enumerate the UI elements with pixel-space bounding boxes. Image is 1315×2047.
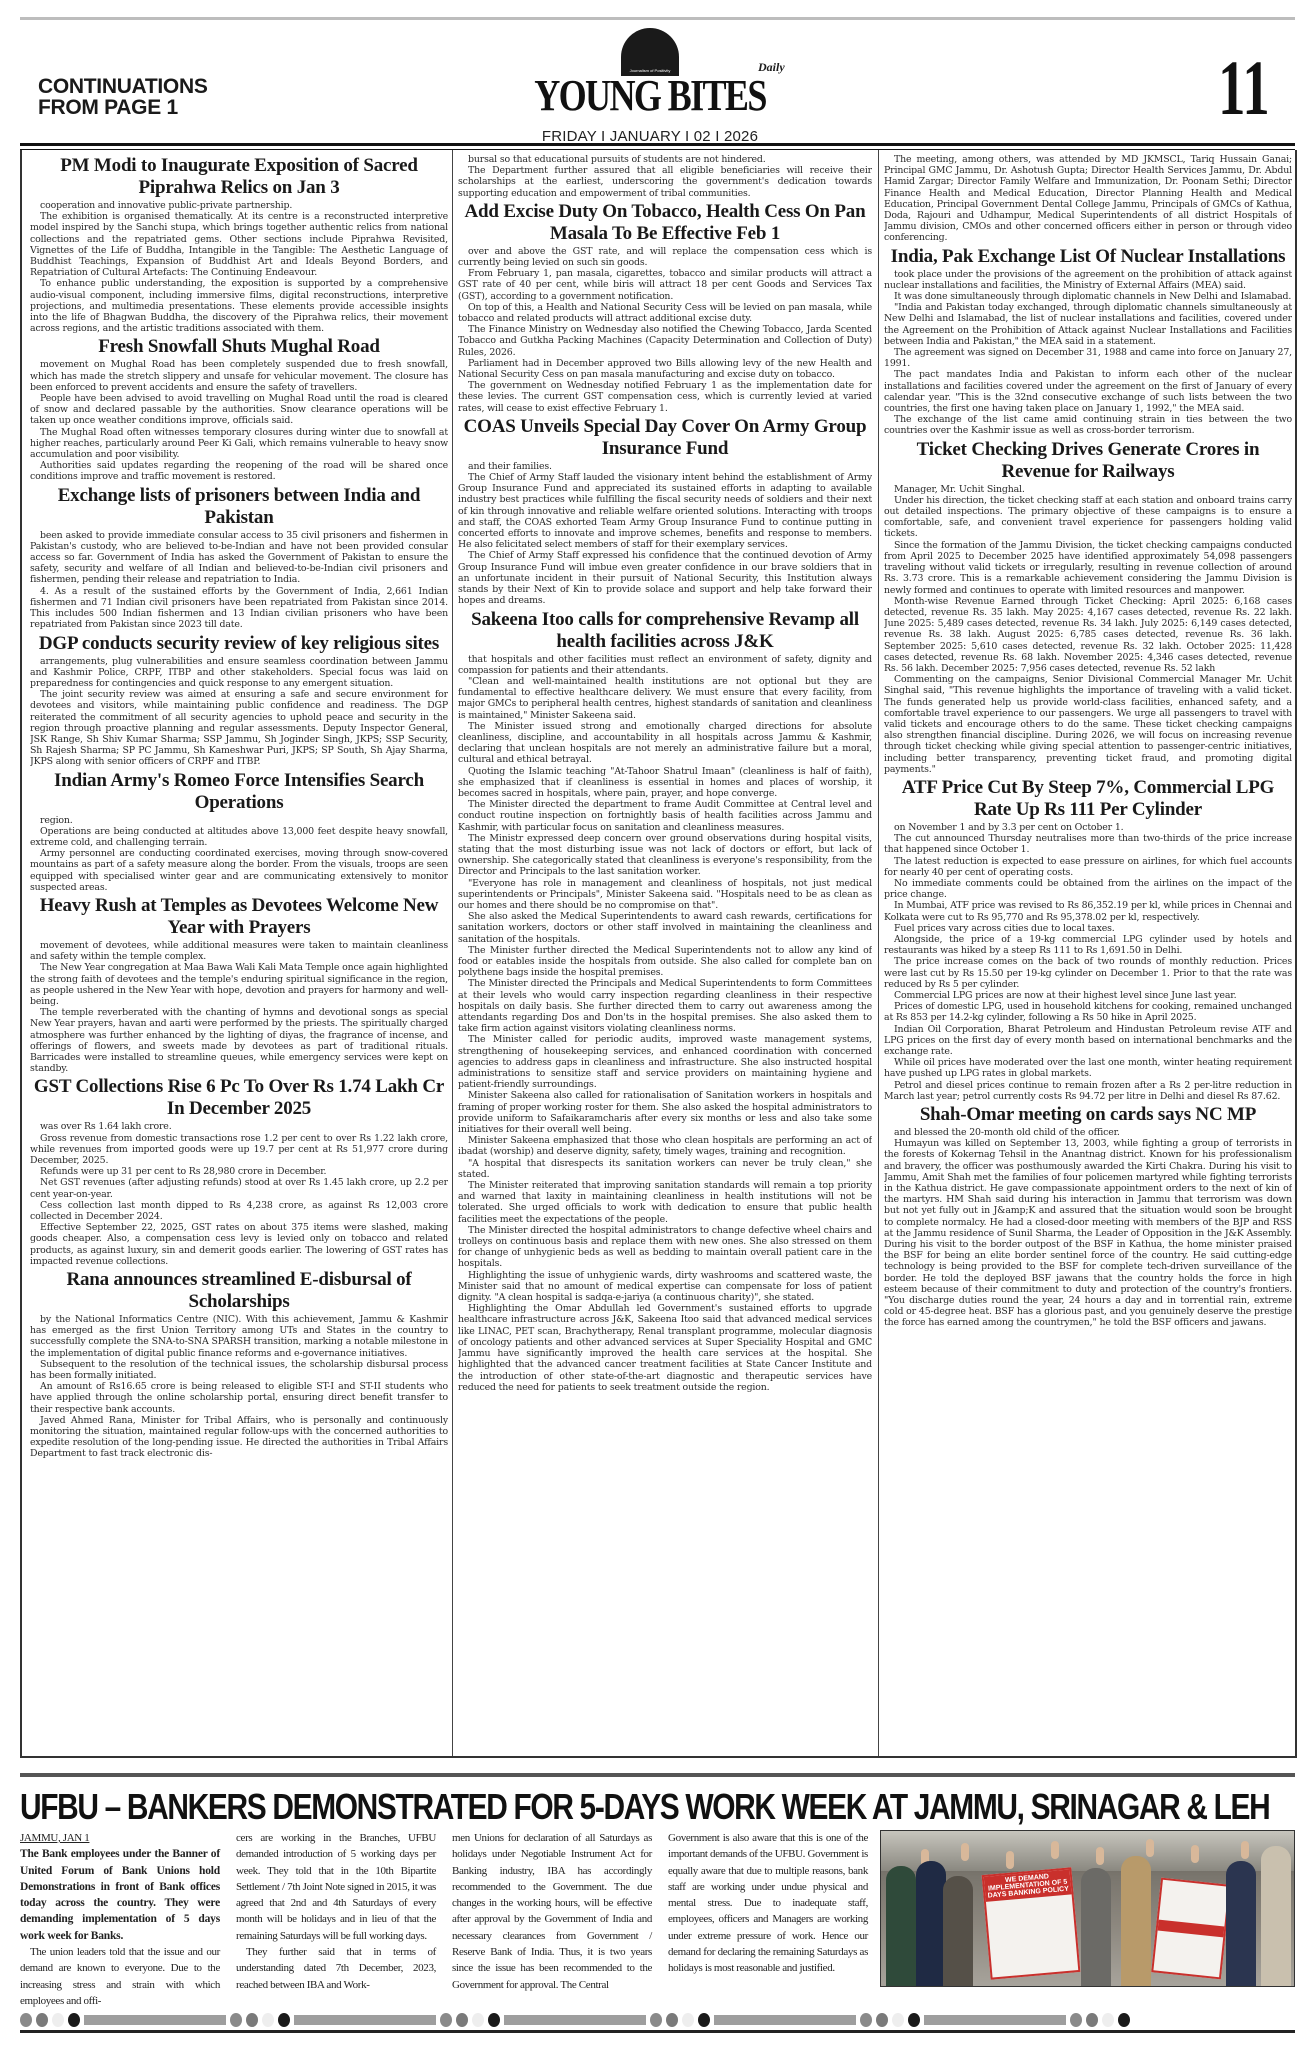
paragraph: She also asked the Medical Superintenden… <box>458 911 872 945</box>
deco-dot <box>262 2013 274 2027</box>
person <box>886 1866 916 1986</box>
deco-dot <box>52 2013 64 2027</box>
deco-bar <box>714 2015 856 2025</box>
headline: Add Excise Duty On Tobacco, Health Cess … <box>458 201 872 245</box>
section-label-line2: FROM PAGE 1 <box>38 97 208 118</box>
headline: ATF Price Cut By Steep 7%, Commercial LP… <box>884 777 1292 821</box>
paragraph: The Department further assured that all … <box>458 165 872 199</box>
story-excise-duty: Add Excise Duty On Tobacco, Health Cess … <box>458 201 872 414</box>
continuations-box: PM Modi to Inaugurate Exposition of Sacr… <box>20 150 1297 1758</box>
banner-headline: UFBU – BANKERS DEMONSTRATED FOR 5-DAYS W… <box>20 1789 1082 1825</box>
story-prisoners: Exchange lists of prisoners between Indi… <box>30 485 448 631</box>
deco-bar <box>84 2015 226 2025</box>
column-1: PM Modi to Inaugurate Exposition of Sacr… <box>30 154 448 1752</box>
paragraph: Refunds were up 31 per cent to Rs 28,980… <box>30 1166 448 1177</box>
column-divider <box>878 150 879 1756</box>
paragraph: Humayun was killed on September 13, 2003… <box>884 1138 1292 1328</box>
deco-bar <box>294 2015 436 2025</box>
paragraph: The Minister directed the department to … <box>458 799 872 833</box>
paragraph: The temple reverberated with the chantin… <box>30 1007 448 1074</box>
headline: Rana announces streamlined E-disbursal o… <box>30 1269 448 1313</box>
footer-decoration <box>20 2012 1295 2028</box>
paragraph: Prices of domestic LPG, used in househol… <box>884 1001 1292 1023</box>
protest-banner: WE DEMAND IMPLEMENTATION OF 5 DAYS BANKI… <box>982 1867 1081 1979</box>
section-rule <box>20 1773 1295 1777</box>
deco-dot <box>230 2013 242 2027</box>
paragraph: It was done simultaneously through diplo… <box>884 291 1292 302</box>
paragraph: Army personnel are conducting coordinate… <box>30 848 448 893</box>
paragraph: Subsequent to the resolution of the tech… <box>30 1359 448 1381</box>
story-coas: COAS Unveils Special Day Cover On Army G… <box>458 416 872 607</box>
ufbu-column-4: Government is also aware that this is on… <box>668 1830 868 1977</box>
paragraph: by the National Informatics Centre (NIC)… <box>30 1314 448 1359</box>
raised-hand <box>961 1843 969 1861</box>
paragraph: movement of devotees, while additional m… <box>30 940 448 962</box>
person <box>943 1876 973 1986</box>
paragraph: The Minister called for periodic audits,… <box>458 1034 872 1090</box>
person <box>1121 1856 1151 1986</box>
paragraph: Manager, Mr. Uchit Singhal. <box>884 484 1292 495</box>
protest-banner <box>1151 1878 1231 1980</box>
paragraph: Javed Ahmed Rana, Minister for Tribal Af… <box>30 1415 448 1460</box>
paragraph: The Minister issued strong and emotional… <box>458 721 872 766</box>
story-dateline: JAMMU, JAN 1 <box>20 1832 89 1844</box>
deco-dot <box>876 2013 888 2027</box>
paragraph: cooperation and innovative public-privat… <box>30 200 448 211</box>
paragraph: The Finance Ministry on Wednesday also n… <box>458 324 872 358</box>
paragraph: men Unions for declaration of all Saturd… <box>452 1830 652 1993</box>
paragraph: and their families. <box>458 461 872 472</box>
paragraph: In Mumbai, ATF price was revised to Rs 8… <box>884 900 1292 922</box>
paragraph: Indian Oil Corporation, Bharat Petroleum… <box>884 1024 1292 1058</box>
paragraph: over and above the GST rate, and will re… <box>458 246 872 268</box>
story-health-meeting-continued: The meeting, among others, was attended … <box>884 154 1292 244</box>
person <box>1081 1868 1111 1986</box>
paragraph: been asked to provide immediate consular… <box>30 530 448 586</box>
paragraph: The meeting, among others, was attended … <box>884 154 1292 244</box>
story-nuclear-installations: India, Pak Exchange List Of Nuclear Inst… <box>884 246 1292 437</box>
ufbu-story: JAMMU, JAN 1 The Bank employees under th… <box>20 1830 880 2005</box>
paragraph: "Clean and well-maintained health instit… <box>458 676 872 721</box>
masthead-double-rule <box>20 143 1295 150</box>
paragraph: arrangements, plug vulnerabilities and e… <box>30 656 448 690</box>
deco-dot <box>1086 2013 1098 2027</box>
protest-photo: WE DEMAND IMPLEMENTATION OF 5 DAYS BANKI… <box>880 1830 1295 1987</box>
masthead: CONTINUATIONS FROM PAGE 1 Journalism of … <box>0 28 1315 133</box>
paragraph: Petrol and diesel prices continue to rem… <box>884 1080 1292 1102</box>
deco-dot <box>246 2013 258 2027</box>
story-atf-price: ATF Price Cut By Steep 7%, Commercial LP… <box>884 777 1292 1102</box>
paragraph: They further said that in terms of under… <box>236 1944 436 1993</box>
paragraph: On top of this, a Health and National Se… <box>458 302 872 324</box>
paragraph: The cut announced Thursday neutralises m… <box>884 833 1292 855</box>
paragraph: From February 1, pan masala, cigarettes,… <box>458 268 872 302</box>
paragraph: Authorities said updates regarding the r… <box>30 460 448 482</box>
paragraph: took place under the provisions of the a… <box>884 269 1292 291</box>
person <box>916 1861 946 1986</box>
raised-hand <box>1096 1847 1104 1865</box>
paragraph: "Everyone has role in management and cle… <box>458 878 872 912</box>
deco-dot <box>860 2013 872 2027</box>
deco-dot <box>892 2013 904 2027</box>
paragraph: The Ministr expressed deep concern over … <box>458 833 872 878</box>
paragraph: 4. As a result of the sustained efforts … <box>30 586 448 631</box>
headline: Heavy Rush at Temples as Devotees Welcom… <box>30 895 448 939</box>
logo-emblem-icon: Journalism of Positivity <box>621 28 679 76</box>
paragraph: The union leaders told that the issue an… <box>20 1944 220 2009</box>
deco-dot <box>650 2013 662 2027</box>
headline: COAS Unveils Special Day Cover On Army G… <box>458 416 872 460</box>
story-shah-omar: Shah-Omar meeting on cards says NC MP an… <box>884 1104 1292 1329</box>
story-piprahwa: PM Modi to Inaugurate Exposition of Sacr… <box>30 155 448 334</box>
headline: Indian Army's Romeo Force Intensifies Se… <box>30 770 448 814</box>
paragraph: bursal so that educational pursuits of s… <box>458 154 872 165</box>
paragraph: The joint security review was aimed at e… <box>30 689 448 767</box>
paragraph: The Minister reiterated that improving s… <box>458 1180 872 1225</box>
deco-dot <box>698 2013 710 2027</box>
story-temples: Heavy Rush at Temples as Devotees Welcom… <box>30 895 448 1074</box>
raised-hand <box>1146 1839 1154 1857</box>
ufbu-column-2: cers are working in the Branches, UFBU d… <box>236 1830 436 1993</box>
paragraph: Commenting on the campaigns, Senior Divi… <box>884 674 1292 775</box>
headline: Exchange lists of prisoners between Indi… <box>30 485 448 529</box>
person <box>1261 1846 1291 1986</box>
paragraph: Minister Sakeena also called for rationa… <box>458 1090 872 1135</box>
newspaper-title: YOUNG BITES <box>527 76 773 116</box>
paragraph: Net GST revenues (after adjusting refund… <box>30 1177 448 1199</box>
story-romeo-force: Indian Army's Romeo Force Intensifies Se… <box>30 770 448 893</box>
paragraph: The pact mandates India and Pakistan to … <box>884 369 1292 414</box>
deco-dot <box>682 2013 694 2027</box>
paragraph: The New Year congregation at Maa Bawa Wa… <box>30 962 448 1007</box>
deco-dot <box>456 2013 468 2027</box>
paragraph: The Mughal Road often witnesses temporar… <box>30 427 448 461</box>
paragraph: The price increase comes on the back of … <box>884 956 1292 990</box>
raised-hand <box>1051 1841 1059 1859</box>
newspaper-logo: Journalism of Positivity Daily YOUNG BIT… <box>500 28 800 145</box>
ufbu-column-1: JAMMU, JAN 1 The Bank employees under th… <box>20 1830 220 2009</box>
headline: DGP conducts security review of key reli… <box>30 633 448 655</box>
banner-text: WE DEMAND IMPLEMENTATION OF 5 DAYS BANKI… <box>984 1869 1072 1901</box>
paragraph: The Minister further directed the Medica… <box>458 945 872 979</box>
deco-bar <box>924 2015 1066 2025</box>
paragraph: Cess collection last month dipped to Rs … <box>30 1200 448 1222</box>
paragraph: was over Rs 1.64 lakh crore. <box>30 1121 448 1132</box>
deco-dot <box>20 2013 32 2027</box>
paragraph: Minister Sakeena emphasized that those w… <box>458 1135 872 1157</box>
paragraph: While oil prices have moderated over the… <box>884 1057 1292 1079</box>
paragraph: movement on Mughal Road has been complet… <box>30 359 448 393</box>
paragraph: The exchange of the list came amid conti… <box>884 414 1292 436</box>
story-sakeena-itoo: Sakeena Itoo calls for comprehensive Rev… <box>458 609 872 1393</box>
paragraph: Highlighting the issue of unhygienic war… <box>458 1270 872 1304</box>
column-2: bursal so that educational pursuits of s… <box>458 154 872 1752</box>
paragraph: cers are working in the Branches, UFBU d… <box>236 1830 436 1944</box>
paragraph: The agreement was signed on December 31,… <box>884 347 1292 369</box>
paragraph: To enhance public understanding, the exp… <box>30 278 448 334</box>
paragraph: The Minister directed the hospital admin… <box>458 1225 872 1270</box>
paragraph: Quoting the Islamic teaching "At-Tahoor … <box>458 766 872 800</box>
paragraph: Gross revenue from domestic transactions… <box>30 1133 448 1167</box>
headline: Ticket Checking Drives Generate Crores i… <box>884 439 1292 483</box>
paragraph: The Chief of Army Staff lauded the visio… <box>458 472 872 550</box>
column-3: The meeting, among others, was attended … <box>884 154 1292 1752</box>
deco-dot <box>278 2013 290 2027</box>
paragraph: People have been advised to avoid travel… <box>30 393 448 427</box>
paragraph: Since the formation of the Jammu Divisio… <box>884 540 1292 596</box>
story-gst: GST Collections Rise 6 Pc To Over Rs 1.7… <box>30 1076 448 1267</box>
page-number: 11 <box>1218 53 1270 123</box>
paragraph: Operations are being conducted at altitu… <box>30 826 448 848</box>
paragraph: Fuel prices vary across cities due to lo… <box>884 923 1292 934</box>
paragraph: The government on Wednesday notified Feb… <box>458 380 872 414</box>
banner-stripe <box>1158 1920 1225 1938</box>
paragraph: Under his direction, the ticket checking… <box>884 495 1292 540</box>
headline: PM Modi to Inaugurate Exposition of Sacr… <box>30 155 448 199</box>
paragraph: The Chief of Army Staff expressed his co… <box>458 550 872 606</box>
footer-rule <box>20 2030 1295 2033</box>
section-label: CONTINUATIONS FROM PAGE 1 <box>38 76 208 118</box>
column-divider <box>452 150 453 1756</box>
paragraph: and blessed the 20-month old child of th… <box>884 1127 1292 1138</box>
paragraph: on November 1 and by 3.3 per cent on Oct… <box>884 822 1292 833</box>
story-ticket-checking: Ticket Checking Drives Generate Crores i… <box>884 439 1292 775</box>
headline: India, Pak Exchange List Of Nuclear Inst… <box>884 246 1292 268</box>
paragraph: region. <box>30 815 448 826</box>
deco-dot <box>908 2013 920 2027</box>
paragraph: The Minister directed the Principals and… <box>458 978 872 1034</box>
paragraph: The latest reduction is expected to ease… <box>884 856 1292 878</box>
story-scholarships: Rana announces streamlined E-disbursal o… <box>30 1269 448 1460</box>
deco-bar <box>504 2015 646 2025</box>
deco-dot <box>440 2013 452 2027</box>
story-scholarships-continued: bursal so that educational pursuits of s… <box>458 154 872 199</box>
paragraph: Government is also aware that this is on… <box>668 1830 868 1977</box>
raised-hand <box>1191 1845 1199 1863</box>
deco-dot <box>36 2013 48 2027</box>
paragraph: No immediate comments could be obtained … <box>884 878 1292 900</box>
paragraph: "A hospital that disrespects its sanitat… <box>458 1158 872 1180</box>
story-dgp-review: DGP conducts security review of key reli… <box>30 633 448 768</box>
headline: GST Collections Rise 6 Pc To Over Rs 1.7… <box>30 1076 448 1120</box>
paragraph: "India and Pakistan today exchanged, thr… <box>884 302 1292 347</box>
person <box>1226 1861 1256 1986</box>
paragraph: Month-wise Revenue Earned through Ticket… <box>884 596 1292 674</box>
deco-dot <box>1118 2013 1130 2027</box>
ufbu-column-3: men Unions for declaration of all Saturd… <box>452 1830 652 1993</box>
paragraph: Highlighting the Omar Abdullah led Gover… <box>458 1303 872 1393</box>
story-mughal-road: Fresh Snowfall Shuts Mughal Road movemen… <box>30 336 448 482</box>
deco-dot <box>1102 2013 1114 2027</box>
deco-dot <box>488 2013 500 2027</box>
deco-dot <box>472 2013 484 2027</box>
headline: Fresh Snowfall Shuts Mughal Road <box>30 336 448 358</box>
paragraph: Parliament had in December approved two … <box>458 358 872 380</box>
paragraph: An amount of Rs16.65 crore is being rele… <box>30 1381 448 1415</box>
deco-dot <box>666 2013 678 2027</box>
deco-dot <box>68 2013 80 2027</box>
raised-hand <box>1241 1841 1249 1859</box>
section-label-line1: CONTINUATIONS <box>38 76 208 97</box>
top-rule <box>20 17 1295 20</box>
paragraph: Commercial LPG prices are now at their h… <box>884 990 1292 1001</box>
story-lead: The Bank employees under the Banner of U… <box>20 1846 220 1944</box>
headline: Sakeena Itoo calls for comprehensive Rev… <box>458 609 872 653</box>
paragraph: The exhibition is organised thematically… <box>30 211 448 278</box>
paragraph: that hospitals and other facilities must… <box>458 654 872 676</box>
paragraph: Alongside, the price of a 19-kg commerci… <box>884 934 1292 956</box>
deco-dot <box>1070 2013 1082 2027</box>
headline: Shah-Omar meeting on cards says NC MP <box>884 1104 1292 1126</box>
raised-hand <box>1006 1851 1014 1869</box>
paragraph: Effective September 22, 2025, GST rates … <box>30 1222 448 1267</box>
